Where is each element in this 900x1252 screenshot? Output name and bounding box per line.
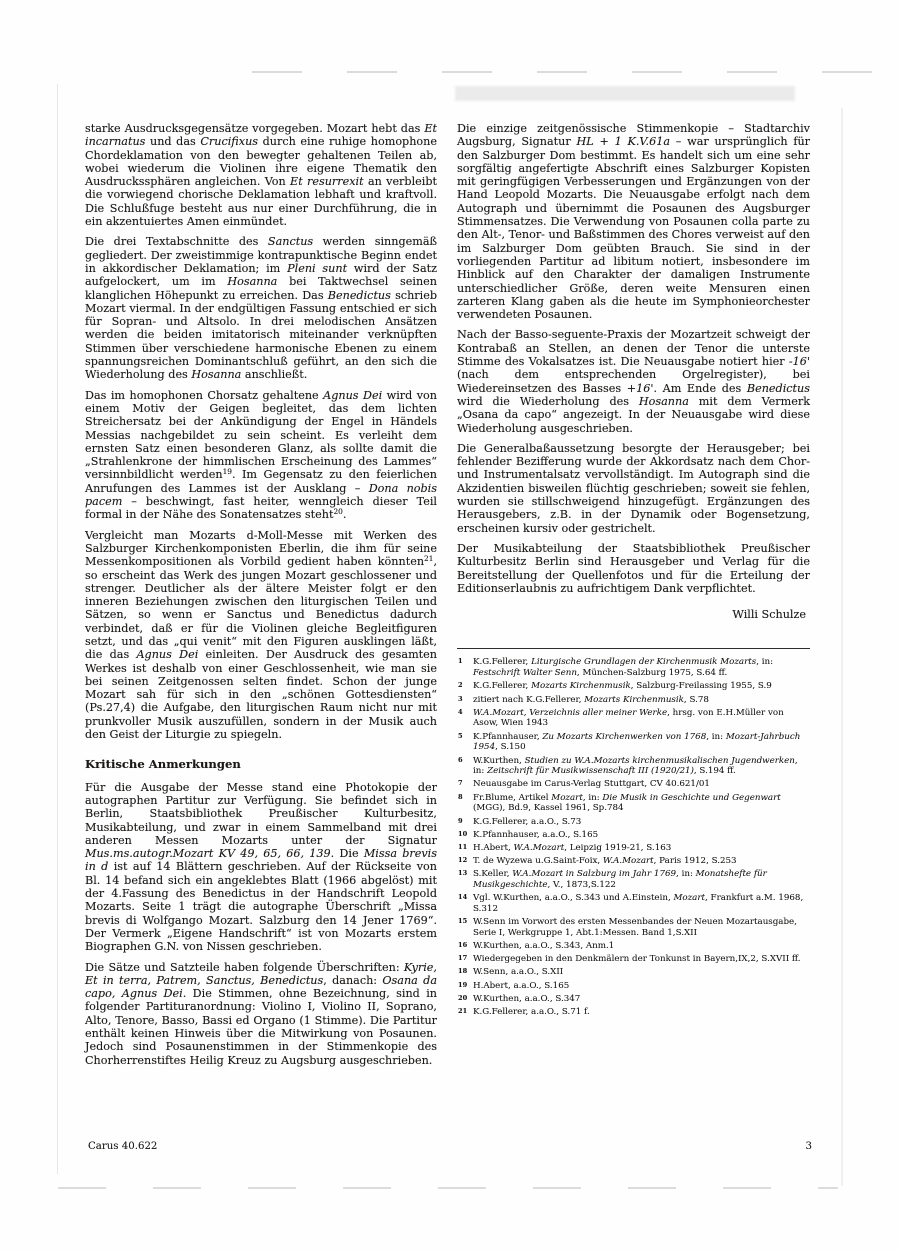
scanned-page: starke Ausdrucksgegensätze vorgegeben. M… bbox=[0, 0, 900, 1252]
footnote-number: 15 bbox=[458, 916, 467, 927]
scan-artifact-bottom-dashes bbox=[58, 1187, 838, 1189]
footnote-text: K.G.Fellerer, Liturgische Grundlagen der… bbox=[473, 657, 773, 678]
footnote-number: 14 bbox=[458, 892, 467, 903]
catalog-number: Carus 40.622 bbox=[88, 1141, 157, 1152]
footnote-number: 10 bbox=[458, 829, 467, 840]
footnote-number: 5 bbox=[458, 731, 463, 742]
footnote-text: H.Abert, W.A.Mozart, Leipzig 1919-21, S.… bbox=[473, 843, 671, 853]
footnote-4: 4W.A.Mozart, Verzeichnis aller meiner We… bbox=[457, 708, 810, 729]
footnote-number: 13 bbox=[458, 868, 467, 879]
editor-signature: Willi Schulze bbox=[457, 608, 810, 621]
footnote-6: 6W.Kurthen, Studien zu W.A.Mozarts kirch… bbox=[457, 756, 810, 777]
footnote-text: zitiert nach K.G.Fellerer, Mozarts Kirch… bbox=[473, 695, 709, 705]
footnote-number: 3 bbox=[458, 694, 463, 705]
footnote-list: 1K.G.Fellerer, Liturgische Grundlagen de… bbox=[457, 657, 810, 1017]
footnote-9: 9K.G.Fellerer, a.a.O., S.73 bbox=[457, 817, 810, 828]
footnote-10: 10K.Pfannhauser, a.a.O., S.165 bbox=[457, 830, 810, 841]
paragraph-expression-contrasts: starke Ausdrucksgegensätze vorgegeben. M… bbox=[85, 122, 437, 228]
footnote-text: W.Senn im Vorwort des ersten Messenbande… bbox=[473, 917, 797, 938]
footnote-text: W.Kurthen, a.a.O., S.347 bbox=[473, 994, 580, 1004]
footnote-number: 11 bbox=[458, 842, 467, 853]
footnote-number: 8 bbox=[458, 792, 463, 803]
footnote-text: W.Kurthen, Studien zu W.A.Mozarts kirche… bbox=[473, 756, 798, 777]
footnote-18: 18W.Senn, a.a.O., S.XII bbox=[457, 967, 810, 978]
footnote-number: 6 bbox=[458, 755, 463, 766]
scan-artifact-right-edge bbox=[841, 108, 843, 1186]
footnote-17: 17Wiedergegeben in den Denkmälern der To… bbox=[457, 954, 810, 965]
footnote-text: Wiedergegeben in den Denkmälern der Tonk… bbox=[473, 954, 801, 964]
footnote-text: Fr.Blume, Artikel Mozart, in: Die Musik … bbox=[473, 793, 781, 814]
footnote-number: 1 bbox=[458, 656, 463, 667]
footnote-5: 5K.Pfannhauser, Zu Mozarts Kirchenwerken… bbox=[457, 732, 810, 753]
footnote-text: Vgl. W.Kurthen, a.a.O., S.343 und A.Eins… bbox=[473, 893, 803, 914]
footnote-14: 14Vgl. W.Kurthen, a.a.O., S.343 und A.Ei… bbox=[457, 893, 810, 914]
paragraph-eberlin-comparison: Vergleicht man Mozarts d-Moll-Messe mit … bbox=[85, 529, 437, 742]
footnote-number: 4 bbox=[458, 707, 463, 718]
footnote-15: 15W.Senn im Vorwort des ersten Messenban… bbox=[457, 917, 810, 938]
footnote-number: 9 bbox=[458, 816, 463, 827]
footnote-1: 1K.G.Fellerer, Liturgische Grundlagen de… bbox=[457, 657, 810, 678]
footnote-20: 20W.Kurthen, a.a.O., S.347 bbox=[457, 994, 810, 1005]
left-column: starke Ausdrucksgegensätze vorgegeben. M… bbox=[85, 122, 437, 1074]
paragraph-basso-seguente: Nach der Basso-seguente-Praxis der Mozar… bbox=[457, 328, 810, 434]
footnote-text: K.G.Fellerer, a.a.O., S.73 bbox=[473, 817, 581, 827]
paragraph-movement-headings: Die Sätze und Satzteile haben folgende Ü… bbox=[85, 961, 437, 1067]
scan-artifact-shadow-strip bbox=[455, 86, 795, 101]
footnote-divider bbox=[457, 648, 810, 649]
paragraph-generalbass: Die Generalbaßaussetzung besorgte der He… bbox=[457, 442, 810, 535]
section-heading-kritische-anmerkungen: Kritische Anmerkungen bbox=[85, 758, 437, 771]
footnote-number: 19 bbox=[458, 980, 467, 991]
footnote-number: 16 bbox=[458, 940, 467, 951]
footnote-text: K.Pfannhauser, a.a.O., S.165 bbox=[473, 830, 598, 840]
paragraph-sanctus: Die drei Textabschnitte des Sanctus werd… bbox=[85, 235, 437, 381]
paragraph-augsburg-copy: Die einzige zeitgenössische Stimmenkopie… bbox=[457, 122, 810, 321]
footnote-number: 18 bbox=[458, 966, 467, 977]
footnote-21: 21K.G.Fellerer, a.a.O., S.71 f. bbox=[457, 1007, 810, 1018]
footnote-number: 12 bbox=[458, 855, 467, 866]
footnote-7: 7Neuausgabe im Carus-Verlag Stuttgart, C… bbox=[457, 779, 810, 790]
scan-artifact-top-dashes bbox=[252, 71, 900, 73]
page-footer: Carus 40.622 3 bbox=[88, 1141, 812, 1152]
footnote-number: 20 bbox=[458, 993, 467, 1004]
footnote-19: 19H.Abert, a.a.O., S.165 bbox=[457, 981, 810, 992]
footnote-number: 7 bbox=[458, 778, 463, 789]
footnote-text: W.Kurthen, a.a.O., S.343, Anm.1 bbox=[473, 941, 614, 951]
footnote-12: 12T. de Wyzewa u.G.Saint-Foix, W.A.Mozar… bbox=[457, 856, 810, 867]
footnote-text: T. de Wyzewa u.G.Saint-Foix, W.A.Mozart,… bbox=[473, 856, 737, 866]
footnote-text: K.G.Fellerer, Mozarts Kirchenmusik, Salz… bbox=[473, 681, 772, 691]
scan-artifact-left-edge bbox=[57, 84, 58, 1174]
footnote-3: 3zitiert nach K.G.Fellerer, Mozarts Kirc… bbox=[457, 695, 810, 706]
footnote-text: S.Keller, W.A.Mozart in Salzburg im Jahr… bbox=[473, 869, 767, 890]
footnote-13: 13S.Keller, W.A.Mozart in Salzburg im Ja… bbox=[457, 869, 810, 890]
footnote-number: 21 bbox=[458, 1006, 467, 1017]
footnote-text: K.G.Fellerer, a.a.O., S.71 f. bbox=[473, 1007, 590, 1017]
page-number: 3 bbox=[806, 1141, 812, 1152]
footnote-text: Neuausgabe im Carus-Verlag Stuttgart, CV… bbox=[473, 779, 710, 789]
footnote-text: W.A.Mozart, Verzeichnis aller meiner Wer… bbox=[473, 708, 784, 729]
paragraph-acknowledgement: Der Musikabteilung der Staatsbibliothek … bbox=[457, 542, 810, 595]
footnote-2: 2K.G.Fellerer, Mozarts Kirchenmusik, Sal… bbox=[457, 681, 810, 692]
footnote-number: 2 bbox=[458, 680, 463, 691]
footnote-16: 16W.Kurthen, a.a.O., S.343, Anm.1 bbox=[457, 941, 810, 952]
footnote-text: K.Pfannhauser, Zu Mozarts Kirchenwerken … bbox=[473, 732, 800, 753]
paragraph-agnus-dei: Das im homophonen Chorsatz gehaltene Agn… bbox=[85, 389, 437, 522]
footnote-text: W.Senn, a.a.O., S.XII bbox=[473, 967, 563, 977]
footnote-text: H.Abert, a.a.O., S.165 bbox=[473, 981, 569, 991]
footnote-number: 17 bbox=[458, 953, 467, 964]
footnote-11: 11H.Abert, W.A.Mozart, Leipzig 1919-21, … bbox=[457, 843, 810, 854]
right-column: Die einzige zeitgenössische Stimmenkopie… bbox=[457, 122, 810, 1020]
footnote-8: 8Fr.Blume, Artikel Mozart, in: Die Musik… bbox=[457, 793, 810, 814]
paragraph-autograph-source: Für die Ausgabe der Messe stand eine Pho… bbox=[85, 781, 437, 954]
